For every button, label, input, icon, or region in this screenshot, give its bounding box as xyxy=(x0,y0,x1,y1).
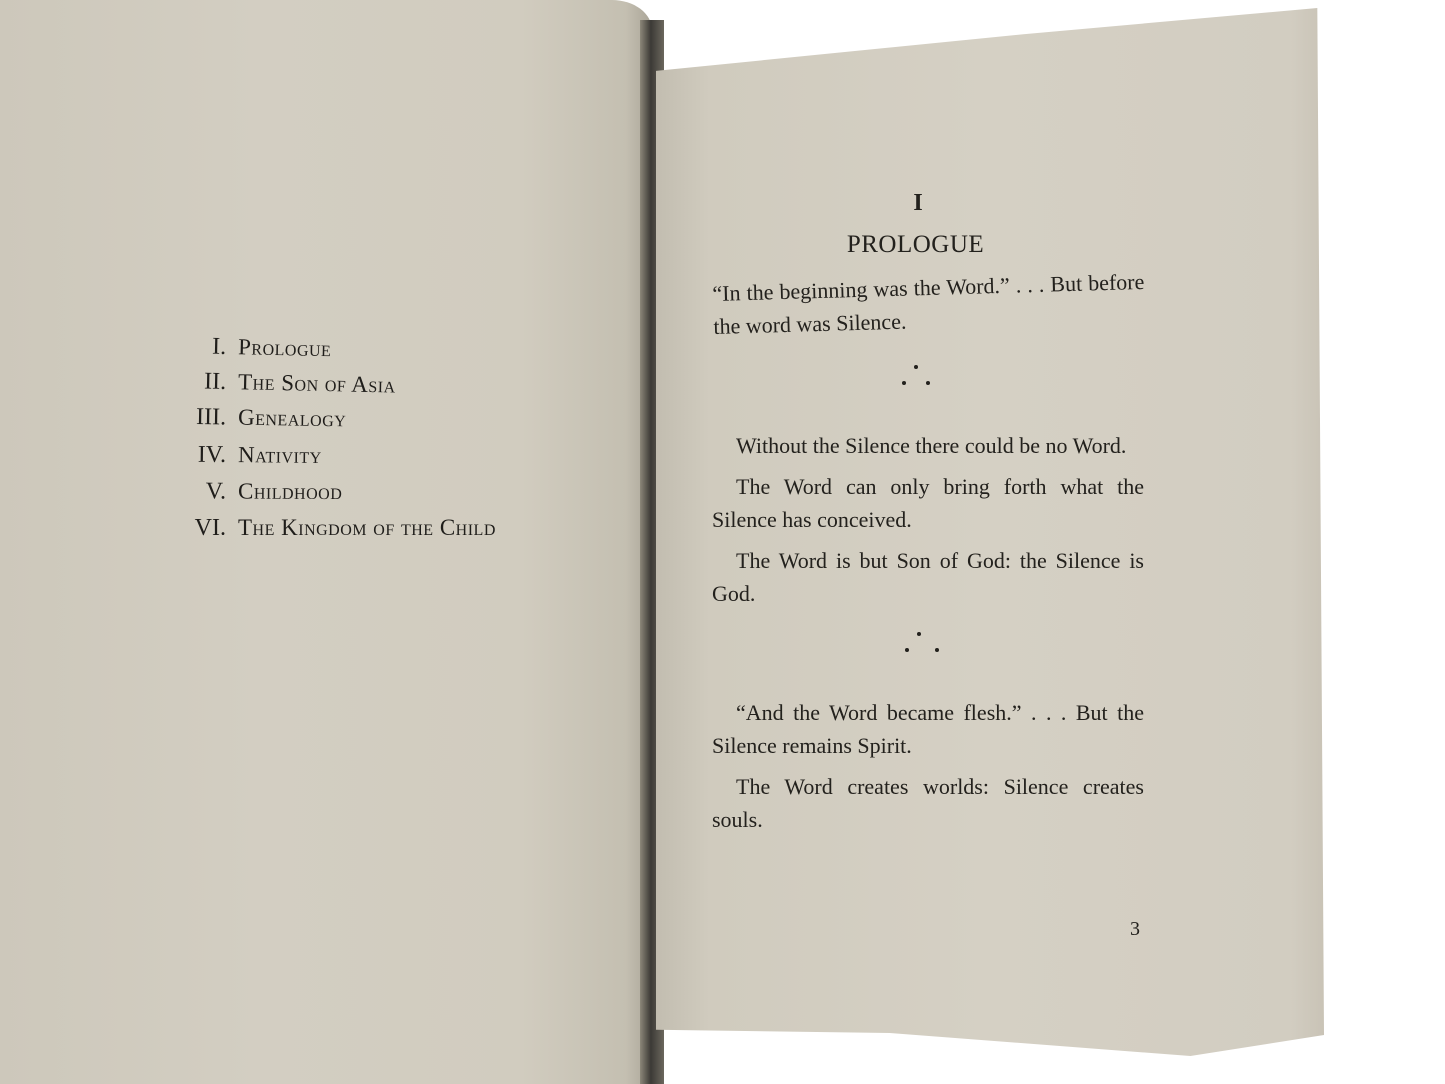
toc-entry: VI. The Kingdom of the Child xyxy=(150,515,496,552)
toc-title: The Kingdom of the Child xyxy=(238,515,496,541)
page-number: 3 xyxy=(1130,918,1140,941)
toc-title: Nativity xyxy=(238,442,322,469)
separator-icon xyxy=(712,351,1144,411)
chapter-title: PROLOGUE xyxy=(687,231,1144,259)
toc-title: Childhood xyxy=(238,479,342,506)
toc-entry: V. Childhood xyxy=(150,478,496,517)
paragraph: The Word can only bring forth what the S… xyxy=(712,470,1144,536)
paragraph: The Word is but Son of God: the Silence … xyxy=(712,544,1144,610)
table-of-contents: I. Prologue II. The Son of Asia III. Gen… xyxy=(150,330,496,552)
paragraph: The Word creates worlds: Silence creates… xyxy=(712,770,1144,836)
toc-entry: III. Genealogy xyxy=(150,403,496,445)
paragraph: “In the beginning was the Word.” . . . B… xyxy=(712,265,1146,343)
left-page: I. Prologue II. The Son of Asia III. Gen… xyxy=(0,0,652,1084)
paragraph: “And the Word became flesh.” . . . But t… xyxy=(712,696,1144,762)
paragraph: Without the Silence there could be no Wo… xyxy=(712,429,1144,462)
toc-numeral: VI. xyxy=(150,515,238,542)
chapter-content: I PROLOGUE “In the beginning was the Wor… xyxy=(712,190,1144,836)
toc-numeral: IV. xyxy=(150,441,238,469)
toc-numeral: I. xyxy=(150,332,239,361)
separator-icon xyxy=(712,618,1144,678)
toc-title: The Son of Asia xyxy=(238,369,396,398)
toc-numeral: V. xyxy=(150,478,238,505)
toc-title: Prologue xyxy=(238,334,332,362)
toc-numeral: II. xyxy=(150,367,239,396)
toc-numeral: III. xyxy=(150,403,238,431)
toc-title: Genealogy xyxy=(238,405,347,433)
chapter-numeral: I xyxy=(692,190,1144,217)
open-book: I. Prologue II. The Son of Asia III. Gen… xyxy=(0,0,1445,1084)
toc-entry: IV. Nativity xyxy=(150,441,496,482)
